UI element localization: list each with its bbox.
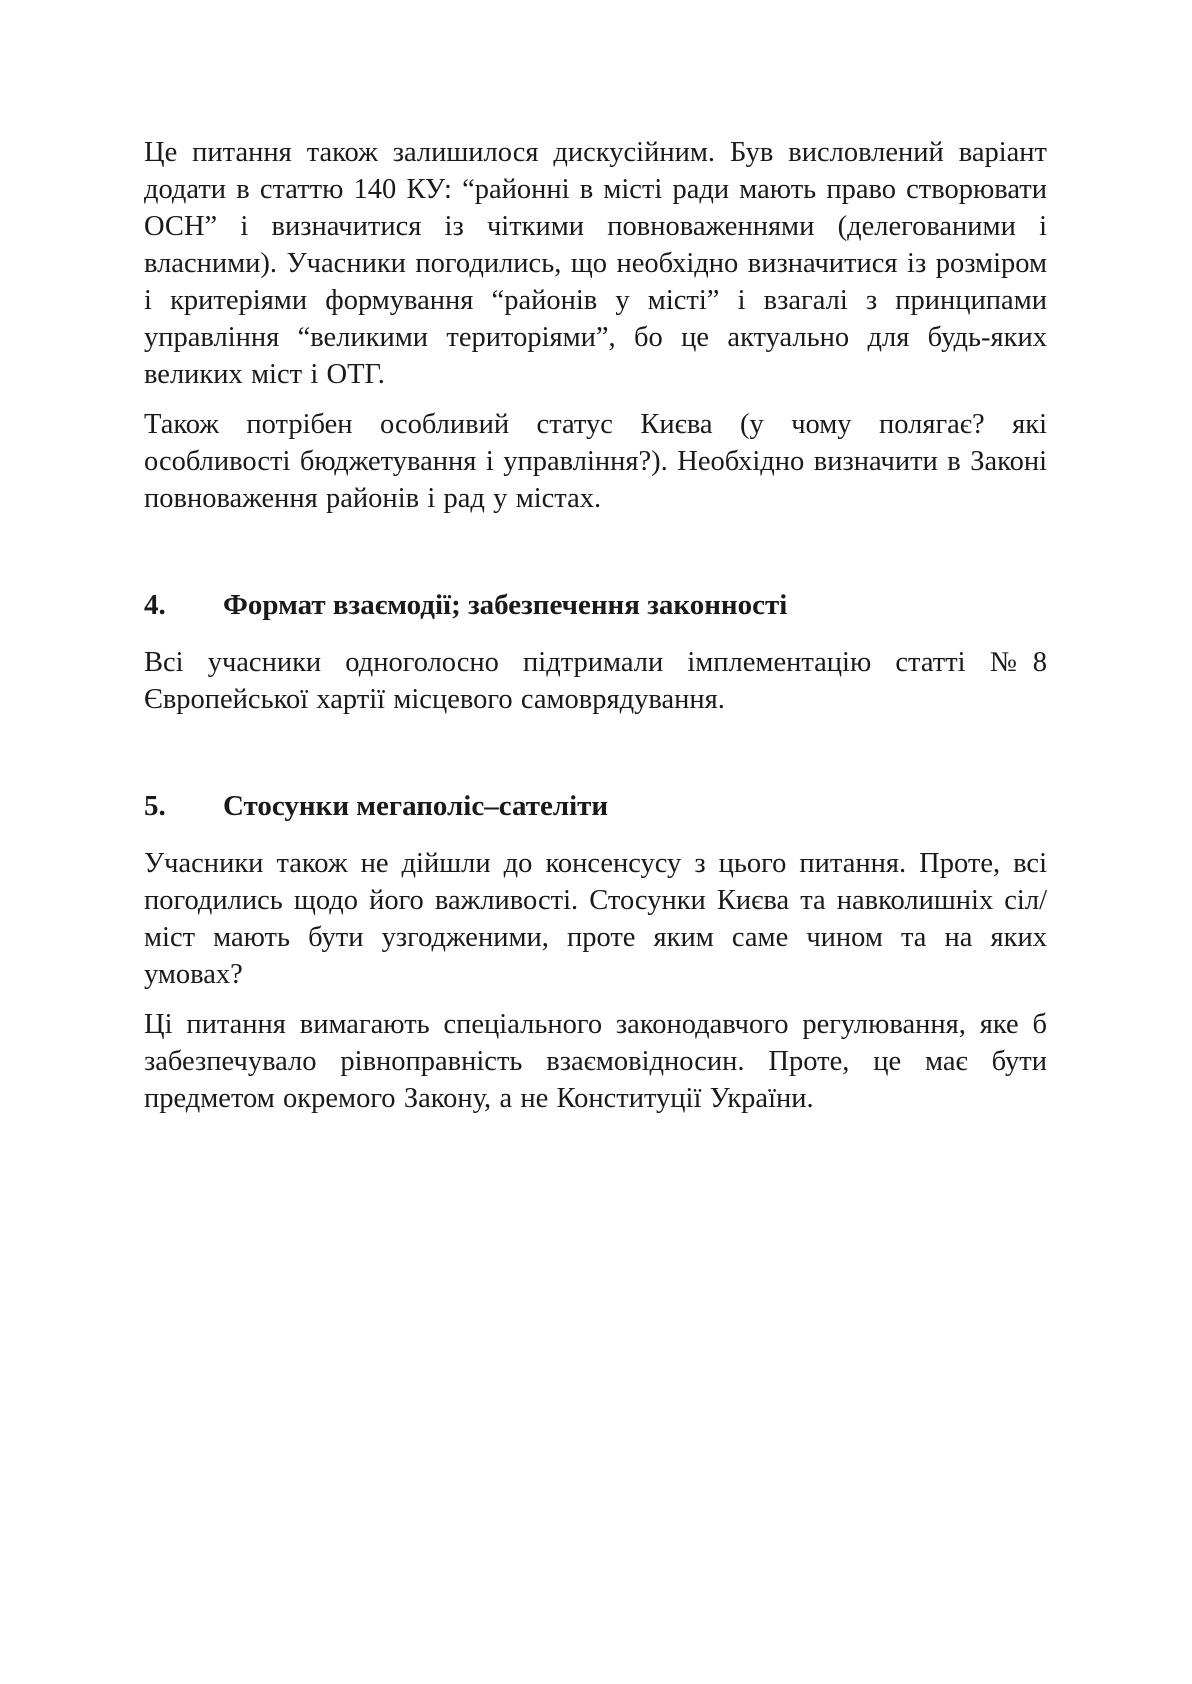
- section-heading-5: 5. Стосунки мегаполіс–сателіти: [144, 788, 1047, 825]
- section-5-number: 5.: [144, 788, 223, 825]
- body-paragraph-5: Ці питання вимагають спеціального законо…: [144, 1006, 1047, 1117]
- section-4-number: 4.: [144, 587, 223, 624]
- section-5-title: Стосунки мегаполіс–сателіти: [223, 788, 1047, 825]
- body-paragraph-3: Всі учасники одноголосно підтримали імпл…: [144, 644, 1047, 718]
- body-paragraph-4: Учасники також не дійшли до консенсусу з…: [144, 845, 1047, 993]
- section-4-title: Формат взаємодії; забезпечення законност…: [223, 587, 1047, 624]
- document-page: Це питання також залишилося дискусійним.…: [0, 0, 1192, 1684]
- section-heading-4: 4. Формат взаємодії; забезпечення законн…: [144, 587, 1047, 624]
- body-paragraph-1: Це питання також залишилося дискусійним.…: [144, 134, 1047, 393]
- body-paragraph-2: Також потрібен особливий статус Києва (у…: [144, 406, 1047, 517]
